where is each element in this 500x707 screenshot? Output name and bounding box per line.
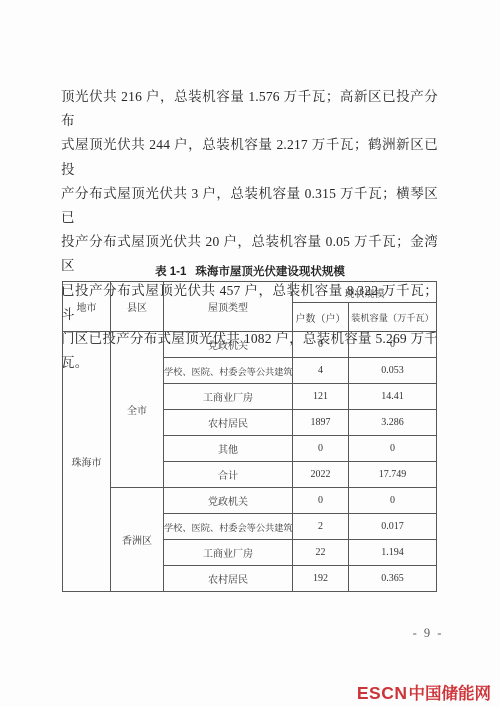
capacity-cell: 14.41 — [349, 384, 437, 410]
header-roof-type: 屋顶类型 — [164, 282, 293, 332]
roof-type-cell: 工商业厂房 — [164, 540, 293, 566]
roof-type-cell: 农村居民 — [164, 566, 293, 592]
households-cell: 0 — [293, 436, 349, 462]
pv-table: 地市 县区 屋顶类型 现状规模 户数（户） 装机容量（万千瓦） 珠海市 全市 党… — [62, 281, 437, 592]
roof-type-cell: 党政机关 — [164, 488, 293, 514]
households-cell: 192 — [293, 566, 349, 592]
county-cell: 全市 — [111, 332, 164, 488]
city-cell: 珠海市 — [63, 332, 111, 592]
header-households: 户数（户） — [293, 303, 349, 332]
capacity-cell: 0 — [349, 488, 437, 514]
households-cell: 1897 — [293, 410, 349, 436]
capacity-cell: 0.053 — [349, 358, 437, 384]
header-city: 地市 — [63, 282, 111, 332]
roof-type-cell: 学校、医院、村委会等公共建筑 — [164, 514, 293, 540]
roof-type-cell: 工商业厂房 — [164, 384, 293, 410]
roof-type-cell: 合计 — [164, 462, 293, 488]
capacity-cell: 17.749 — [349, 462, 437, 488]
households-cell: 121 — [293, 384, 349, 410]
households-cell: 0 — [293, 332, 349, 358]
households-cell: 0 — [293, 488, 349, 514]
roof-type-cell: 农村居民 — [164, 410, 293, 436]
header-county: 县区 — [111, 282, 164, 332]
capacity-cell: 0.365 — [349, 566, 437, 592]
households-cell: 22 — [293, 540, 349, 566]
escn-logo: ESCN中国储能网 — [357, 680, 491, 704]
capacity-cell: 3.286 — [349, 410, 437, 436]
roof-type-cell: 党政机关 — [164, 332, 293, 358]
households-cell: 4 — [293, 358, 349, 384]
roof-type-cell: 学校、医院、村委会等公共建筑 — [164, 358, 293, 384]
paragraph-line: 式屋顶光伏共 244 户，总装机容量 2.217 万千瓦；鹤洲新区已投 — [61, 133, 438, 181]
table-caption: 表 1-1珠海市屋顶光伏建设现状规模 — [0, 263, 500, 279]
page-number: - 9 - — [392, 626, 464, 641]
households-cell: 2022 — [293, 462, 349, 488]
county-cell: 香洲区 — [111, 488, 164, 592]
capacity-cell: 1.194 — [349, 540, 437, 566]
households-cell: 2 — [293, 514, 349, 540]
table-row: 香洲区 党政机关 0 0 — [63, 488, 437, 514]
table-row: 珠海市 全市 党政机关 0 0 — [63, 332, 437, 358]
capacity-cell: 0.017 — [349, 514, 437, 540]
paragraph-line: 顶光伏共 216 户，总装机容量 1.576 万千瓦；高新区已投产分布 — [61, 85, 438, 133]
capacity-cell: 0 — [349, 436, 437, 462]
header-capacity: 装机容量（万千瓦） — [349, 303, 437, 332]
header-status-scale: 现状规模 — [293, 282, 437, 303]
document-page: 顶光伏共 216 户，总装机容量 1.576 万千瓦；高新区已投产分布 式屋顶光… — [0, 0, 500, 707]
logo-latin-text: ESCN — [357, 683, 408, 703]
caption-title: 珠海市屋顶光伏建设现状规模 — [195, 266, 345, 278]
caption-label: 表 1-1 — [155, 266, 186, 278]
roof-type-cell: 其他 — [164, 436, 293, 462]
capacity-cell: 0 — [349, 332, 437, 358]
paragraph-line: 产分布式屋顶光伏共 3 户，总装机容量 0.315 万千瓦；横琴区已 — [61, 182, 438, 230]
logo-cjk-text: 中国储能网 — [409, 685, 492, 703]
